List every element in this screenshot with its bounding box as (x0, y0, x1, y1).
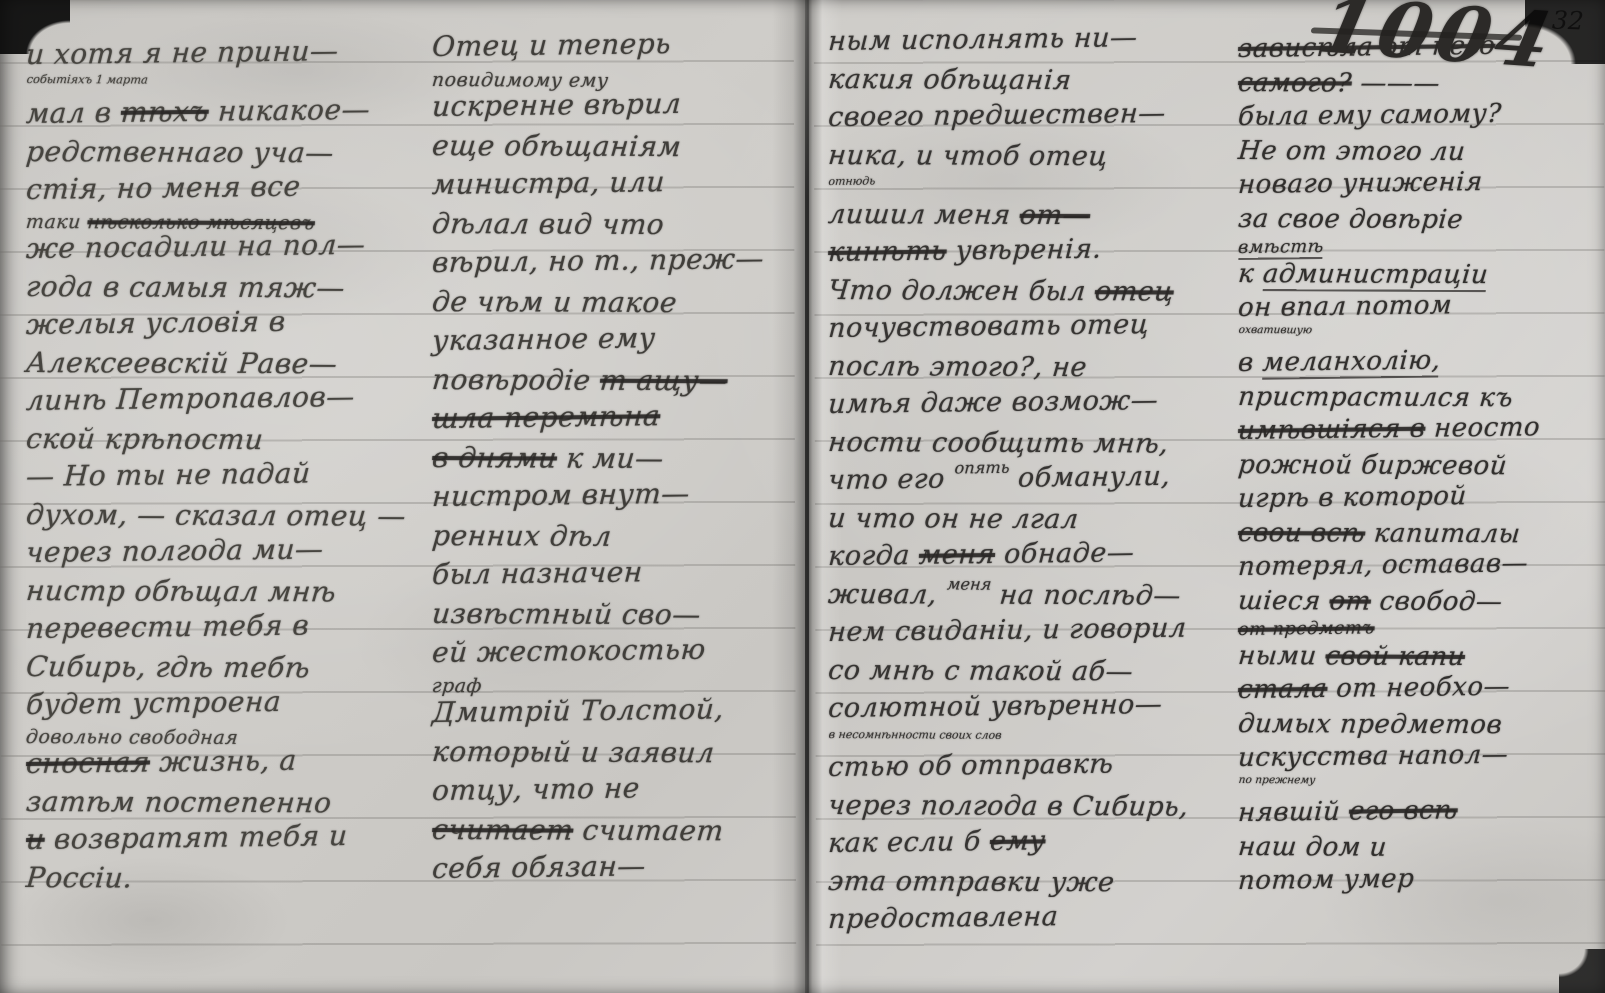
handwritten-text: игрѣ в которой (1237, 481, 1467, 514)
handwritten-text: ности сообщить мнѣ, (827, 427, 1170, 459)
handwritten-text: нем свиданіи, и говорил (827, 613, 1187, 648)
handwritten-text: таки (25, 211, 89, 233)
handwritten-text: рожной биржевой (1237, 450, 1509, 481)
handwritten-text: ным исполнять ни— (827, 22, 1138, 57)
struck-text: свой капи (1324, 641, 1466, 672)
handwritten-line: сносная жизнь, а (25, 742, 427, 785)
handwritten-text: к ми— (555, 442, 665, 475)
handwritten-line: перевести тебя в (25, 607, 427, 650)
handwritten-line: он впал потом (1237, 289, 1604, 327)
handwritten-text: отцу, что не (431, 771, 641, 807)
handwritten-text: стія, но меня все (25, 170, 301, 206)
handwritten-text: желыя условія в (25, 305, 286, 341)
struck-text: стала (1237, 674, 1328, 705)
handwritten-text: какия обѣщанія (827, 64, 1073, 96)
handwritten-text: Что должен был (827, 275, 1097, 307)
handwritten-line: имѣя даже возмож— (827, 384, 1229, 427)
handwritten-text: свобод— (1369, 587, 1503, 618)
handwritten-text: никакое— (208, 93, 371, 128)
handwritten-line: ей жестокостью (431, 632, 793, 675)
handwritten-text: ренних дѣл (431, 519, 613, 553)
handwritten-line: солютной увѣренно— (827, 688, 1229, 731)
handwritten-line: — Но ты не падай (25, 455, 427, 498)
handwritten-text: неосто (1424, 412, 1541, 443)
struck-text: от предметъ (1237, 618, 1375, 640)
handwritten-line: мал в тѣхъ никакое— (25, 92, 427, 135)
handwritten-text: новаго униженія (1237, 167, 1483, 200)
handwritten-line: стія, но меня все (25, 168, 427, 211)
handwritten-text: министра, или (431, 165, 666, 201)
handwritten-line: имѣвшіяся в неосто (1237, 412, 1604, 450)
handwritten-text: же посадили на пол— (25, 228, 366, 265)
handwritten-text: живал, (827, 579, 948, 611)
handwritten-line: своего предшествен— (827, 97, 1229, 140)
handwritten-text: повѣродіе (431, 363, 602, 397)
handwritten-line: вѣрил, но т., преж— (431, 242, 793, 285)
handwritten-text: и хотя я не прини— (25, 34, 339, 71)
inserted-text: охватившую (1238, 324, 1312, 336)
struck-text: от (1328, 586, 1372, 616)
manuscript-scan: и хотя я не прини—событіяхъ 1 мартамал в… (0, 0, 1605, 993)
handwritten-text: шіеся (1237, 586, 1331, 616)
manuscript-column-4: зависѣла от негосамого? ———была ему само… (1238, 34, 1603, 900)
underlined-text: меланхолію, (1262, 346, 1442, 378)
handwritten-text: что его (827, 463, 954, 496)
handwritten-text: Не от этого ли (1237, 136, 1467, 167)
handwritten-text: стью об отправкѣ (827, 748, 1114, 783)
handwritten-line: отнюдь (827, 173, 1228, 199)
handwritten-text: потерял, оставав— (1237, 548, 1529, 582)
handwritten-text: еще обѣщаніям (431, 129, 683, 163)
handwritten-text: Алексеевскій Раве— (25, 346, 339, 380)
handwritten-text: имѣя даже возмож— (827, 385, 1159, 420)
struck-text: свои всѣ (1237, 518, 1367, 549)
handwritten-text: когда (827, 540, 920, 572)
handwritten-line: что его опять обманули, (827, 460, 1229, 503)
handwritten-line: был назначен (431, 554, 793, 597)
handwritten-text: — Но ты не падай (25, 457, 311, 494)
handwritten-text: через полгода ми— (25, 532, 324, 569)
handwritten-line: вмѣстѣ (1237, 234, 1603, 259)
handwritten-line: новаго униженія (1237, 166, 1604, 204)
handwritten-line: же посадили на пол— (25, 227, 427, 270)
struck-text: самого? (1237, 68, 1353, 98)
struck-text: тѣхъ (120, 95, 210, 129)
handwritten-text: нистр обѣщал мнѣ (25, 574, 338, 608)
handwritten-text: и что он не лгал (827, 503, 1080, 535)
struck-text: шла перемѣна (431, 399, 661, 435)
handwritten-line: нем свиданіи, и говорил (827, 612, 1229, 655)
handwritten-text: почувствовать отец (827, 309, 1150, 344)
handwritten-text: ными (1237, 641, 1327, 671)
manuscript-column-2: Отец и теперьповидимому емуискренне вѣри… (432, 30, 792, 891)
underlined-text: администраціи (1262, 259, 1490, 290)
handwritten-text: ника, и чтоб отец (827, 140, 1109, 172)
handwritten-text: искусства напол— (1237, 740, 1509, 773)
handwritten-text: который и заявил (431, 735, 716, 769)
handwritten-text: капиталы (1364, 519, 1522, 550)
handwritten-text: нистром внут— (431, 477, 691, 513)
handwritten-text: к (1237, 259, 1265, 289)
struck-text: т ащу— (599, 364, 729, 398)
handwritten-line: предоставлена (827, 899, 1229, 942)
handwritten-text: линѣ Петропавлов— (25, 380, 356, 417)
handwritten-text: ей жестокостью (431, 633, 707, 669)
struck-text: от— (1018, 200, 1091, 231)
handwritten-line: стью об отправкѣ (827, 747, 1229, 790)
inserted-text: по прежнему (1238, 774, 1316, 786)
struck-text: меня (918, 539, 996, 571)
handwritten-line: искусства напол— (1237, 739, 1604, 777)
handwritten-line: Отец и теперь (431, 26, 793, 69)
handwritten-text: извѣстный сво— (431, 597, 703, 631)
handwritten-text: указанное ему (431, 321, 656, 357)
struck-text: имѣвшіяся в (1237, 414, 1426, 446)
struck-text: его всѣ (1348, 795, 1458, 826)
handwritten-line: нявшій его всѣ (1237, 794, 1604, 832)
handwritten-text: была ему самому? (1237, 99, 1502, 132)
handwritten-line: нистром внут— (431, 476, 793, 519)
handwritten-line: от предметъ (1237, 616, 1603, 641)
inserted-text: меня (946, 575, 992, 594)
handwritten-line: будет устроена (25, 683, 427, 726)
handwritten-text: Сибирь, гдѣ тебѣ (25, 650, 312, 684)
handwritten-line: кинѣть увѣренія. (827, 232, 1229, 275)
handwritten-text: Россіи. (25, 861, 134, 894)
handwritten-text: на послѣд— (989, 580, 1182, 612)
handwritten-text: де чѣм и такое (431, 285, 679, 319)
corner-page-number: 32 (1552, 5, 1585, 35)
handwritten-text: солютной увѣренно— (827, 689, 1163, 724)
handwritten-line: стала от необхо— (1237, 671, 1604, 709)
handwritten-text: лишил меня (827, 199, 1021, 231)
handwritten-line: как если б ему (827, 823, 1229, 866)
handwritten-text: как если б (827, 826, 991, 859)
inserted-text: в несомнѣнности своих слов (828, 728, 1002, 742)
handwritten-text: от необхо— (1327, 672, 1511, 704)
handwritten-line: когда меня обнаде— (827, 536, 1229, 579)
handwritten-text: дѣлал вид что (431, 207, 666, 241)
handwritten-text: считает (572, 814, 725, 848)
handwritten-text: увѣренія. (946, 234, 1103, 267)
handwritten-text: обманули, (1008, 461, 1171, 494)
handwritten-line: и хотя я не прини— (25, 33, 427, 76)
handwritten-text: был назначен (431, 555, 643, 591)
handwritten-text: искренне вѣрил (431, 87, 682, 123)
handwritten-line: министра, или (431, 164, 793, 207)
manuscript-column-1: и хотя я не прини—событіяхъ 1 мартамал в… (26, 38, 426, 899)
handwritten-line: в меланхолію, (1237, 344, 1604, 382)
handwritten-line: искренне вѣрил (431, 86, 793, 129)
handwritten-text: димых предметов (1237, 709, 1504, 740)
handwritten-line: ным исполнять ни— (827, 21, 1229, 64)
handwritten-line: Дмитрій Толстой, (431, 692, 793, 735)
handwritten-line: игрѣ в которой (1237, 480, 1604, 518)
handwritten-text: нявшій (1237, 797, 1350, 828)
struck-text: считает (431, 813, 575, 847)
struck-text: и (25, 823, 45, 856)
handwritten-text: редственнаго уча— (25, 135, 336, 169)
handwritten-text: со мнѣ с такой аб— (827, 655, 1135, 687)
manuscript-column-3: ным исполнять ни—какия обѣщаніясвоего пр… (828, 26, 1228, 942)
handwritten-text: жизнь, а (149, 744, 298, 779)
handwritten-text: Отец и теперь (431, 27, 672, 63)
handwritten-text: перевести тебя в (25, 609, 310, 645)
handwritten-line: и возвратят тебя и (25, 818, 427, 861)
handwritten-line: почувствовать отец (827, 308, 1229, 351)
handwritten-text: затѣм постепенно (25, 785, 333, 819)
handwritten-line: через полгода ми— (25, 531, 427, 574)
handwritten-text: пристрастился къ (1237, 382, 1515, 413)
handwritten-line: шла перемѣна (431, 398, 793, 441)
handwritten-text: за свое довѣріе (1237, 204, 1465, 235)
handwritten-text: возвратят тебя и (44, 819, 349, 856)
handwritten-line: указанное ему (431, 320, 793, 363)
handwritten-line: желыя условія в (25, 303, 427, 346)
underlined-text: вмѣстѣ (1237, 237, 1324, 258)
handwritten-line: была ему самому? (1237, 98, 1604, 136)
inserted-text: отнюдь (828, 174, 876, 188)
handwritten-text: будет устроена (25, 685, 282, 721)
handwritten-text: своего предшествен— (827, 98, 1166, 133)
handwritten-text: года в самыя тяж— (25, 270, 347, 304)
handwritten-text: себя обязан— (431, 849, 647, 885)
struck-text: сносная (25, 745, 151, 780)
struck-text: кинѣть (827, 236, 947, 268)
handwritten-text: граф (431, 675, 483, 697)
inserted-text: 1 марта (95, 73, 148, 87)
handwritten-text: ской крѣпости (25, 422, 265, 456)
struck-text: ему (989, 825, 1046, 857)
handwritten-text: послѣ этого?, не (827, 351, 1089, 383)
handwritten-text: в (1237, 348, 1263, 378)
struck-text: в днями (431, 441, 559, 475)
handwritten-line: линѣ Петропавлов— (25, 379, 427, 422)
handwritten-text: потом умер (1237, 864, 1415, 896)
handwritten-line: Россіи. (24, 861, 427, 901)
inserted-text: опять (954, 458, 1010, 478)
handwritten-text: обнаде— (994, 537, 1135, 570)
handwritten-text: эта отправки уже (827, 866, 1116, 898)
handwritten-text: через полгода в Сибирь, (827, 790, 1190, 823)
handwritten-text: духом, — сказал отец — (25, 498, 408, 533)
handwritten-line: себя обязан— (431, 848, 793, 891)
handwritten-text: предоставлена (827, 901, 1059, 935)
handwritten-line: отцу, что не (431, 770, 793, 813)
handwritten-text: вѣрил, но т., преж— (431, 242, 765, 279)
handwritten-line: потом умер (1237, 862, 1604, 900)
handwritten-line: потерял, оставав— (1237, 548, 1604, 586)
handwritten-text: Дмитрій Толстой, (431, 692, 725, 729)
inserted-text: событіяхъ (26, 72, 96, 86)
handwritten-text: мал в (25, 96, 122, 130)
struck-text: отец (1094, 276, 1176, 307)
handwritten-text: наш дом и (1237, 832, 1388, 863)
handwritten-text: он впал потом (1237, 290, 1453, 323)
